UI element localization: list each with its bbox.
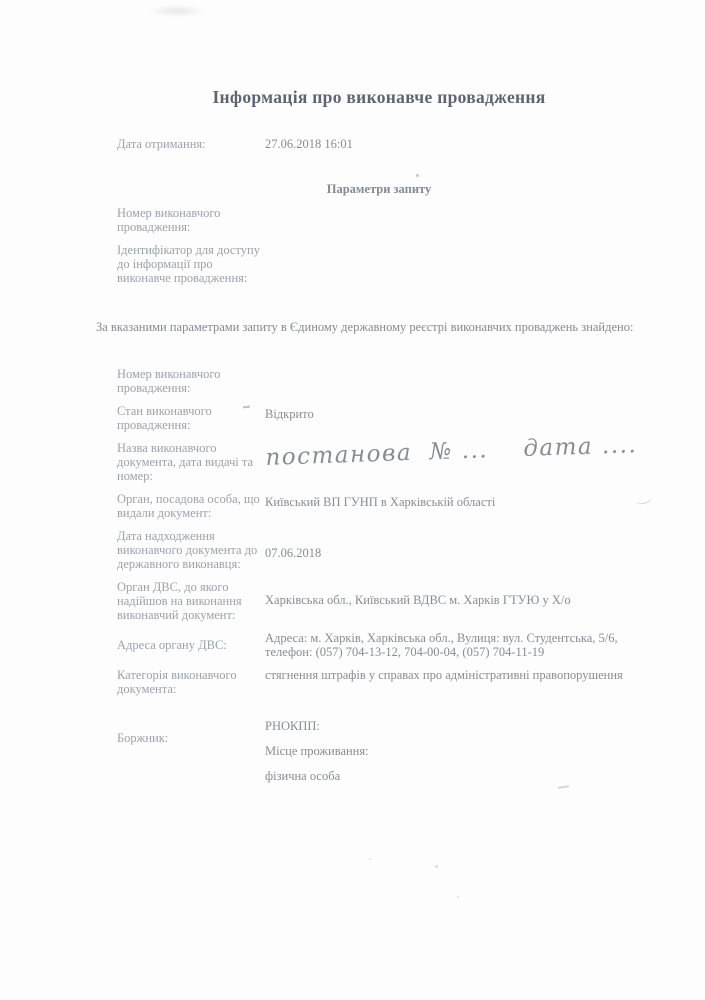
field-row-proceeding-number: Номер виконавчого провадження:	[96, 206, 662, 234]
scan-speck-artifact	[369, 858, 371, 860]
document-name-label: Назва виконавчого документа, дата видачі…	[117, 441, 265, 483]
receipt-date-value: 07.06.2018	[265, 529, 662, 560]
field-row-receipt-date: Дата надходження виконавчого документа д…	[96, 529, 662, 571]
field-row-proceeding-state: Стан виконавчого провадження: Відкрито	[96, 404, 662, 432]
result-number-label: Номер виконавчого провадження:	[117, 367, 265, 395]
proceeding-state-value: Відкрито	[265, 404, 662, 421]
field-row-access-identifier: Ідентифікатор для доступу до інформації …	[96, 243, 662, 285]
document-content: Інформація про виконавче провадження Дат…	[96, 0, 662, 803]
query-params-fields: Номер виконавчого провадження: Ідентифік…	[96, 206, 662, 285]
debtor-residence: Місце проживання:	[265, 744, 662, 758]
field-row-document-name: Назва виконавчого документа, дата видачі…	[96, 441, 662, 483]
field-row-issuing-body: Орган, посадова особа, що видали докумен…	[96, 492, 662, 520]
received-date-value: 27.06.2018 16:01	[265, 137, 662, 151]
field-row-document-category: Категорія виконавчого документа: стягнен…	[96, 668, 662, 696]
document-category-value: стягнення штрафів у справах про адмініст…	[265, 668, 662, 682]
scanned-document-page: Інформація про виконавче провадження Дат…	[0, 0, 705, 1000]
dvs-body-value: Харківська обл., Київський ВДВС м. Харкі…	[265, 580, 662, 607]
debtor-label: Боржник:	[117, 719, 265, 745]
debtor-rnokpp: РНОКПП:	[265, 719, 662, 733]
debtor-values: РНОКПП: Місце проживання: фізична особа	[265, 719, 662, 794]
scan-speck-artifact	[457, 896, 459, 898]
receipt-date-label: Дата надходження виконавчого документа д…	[117, 529, 265, 571]
section-heading-query-params: Параметри запиту	[96, 182, 662, 196]
debtor-person-type: фізична особа	[265, 769, 662, 783]
field-row-dvs-address: Адреса органу ДВС: Адреса: м. Харків, Ха…	[96, 631, 662, 659]
field-row-dvs-body: Орган ДВС, до якого надійшов на виконанн…	[96, 580, 662, 622]
dvs-body-label: Орган ДВС, до якого надійшов на виконанн…	[117, 580, 265, 622]
field-row-result-number: Номер виконавчого провадження:	[96, 367, 662, 395]
scan-speck-artifact	[435, 865, 438, 868]
handwritten-document-name-value: постанова № ... дата ....	[265, 431, 663, 471]
received-date-label: Дата отримання:	[117, 137, 265, 151]
proceeding-number-label: Номер виконавчого провадження:	[117, 206, 265, 234]
proceeding-state-label: Стан виконавчого провадження:	[117, 404, 265, 432]
field-row-received-date: Дата отримання: 27.06.2018 16:01	[96, 137, 662, 151]
document-category-label: Категорія виконавчого документа:	[117, 668, 265, 696]
results-intro-paragraph: За вказаними параметрами запиту в Єдином…	[96, 320, 662, 334]
access-identifier-label: Ідентифікатор для доступу до інформації …	[117, 243, 265, 285]
field-row-debtor: Боржник: РНОКПП: Місце проживання: фізич…	[96, 719, 662, 794]
dvs-address-value: Адреса: м. Харків, Харківська обл., Вули…	[265, 631, 662, 659]
dvs-address-label: Адреса органу ДВС:	[117, 631, 265, 652]
results-fields: Номер виконавчого провадження: Стан вико…	[96, 367, 662, 794]
document-title: Інформація про виконавче провадження	[96, 0, 662, 108]
issuing-body-label: Орган, посадова особа, що видали докумен…	[117, 492, 265, 520]
issuing-body-value: Київський ВП ГУНП в Харківській області	[265, 492, 662, 509]
